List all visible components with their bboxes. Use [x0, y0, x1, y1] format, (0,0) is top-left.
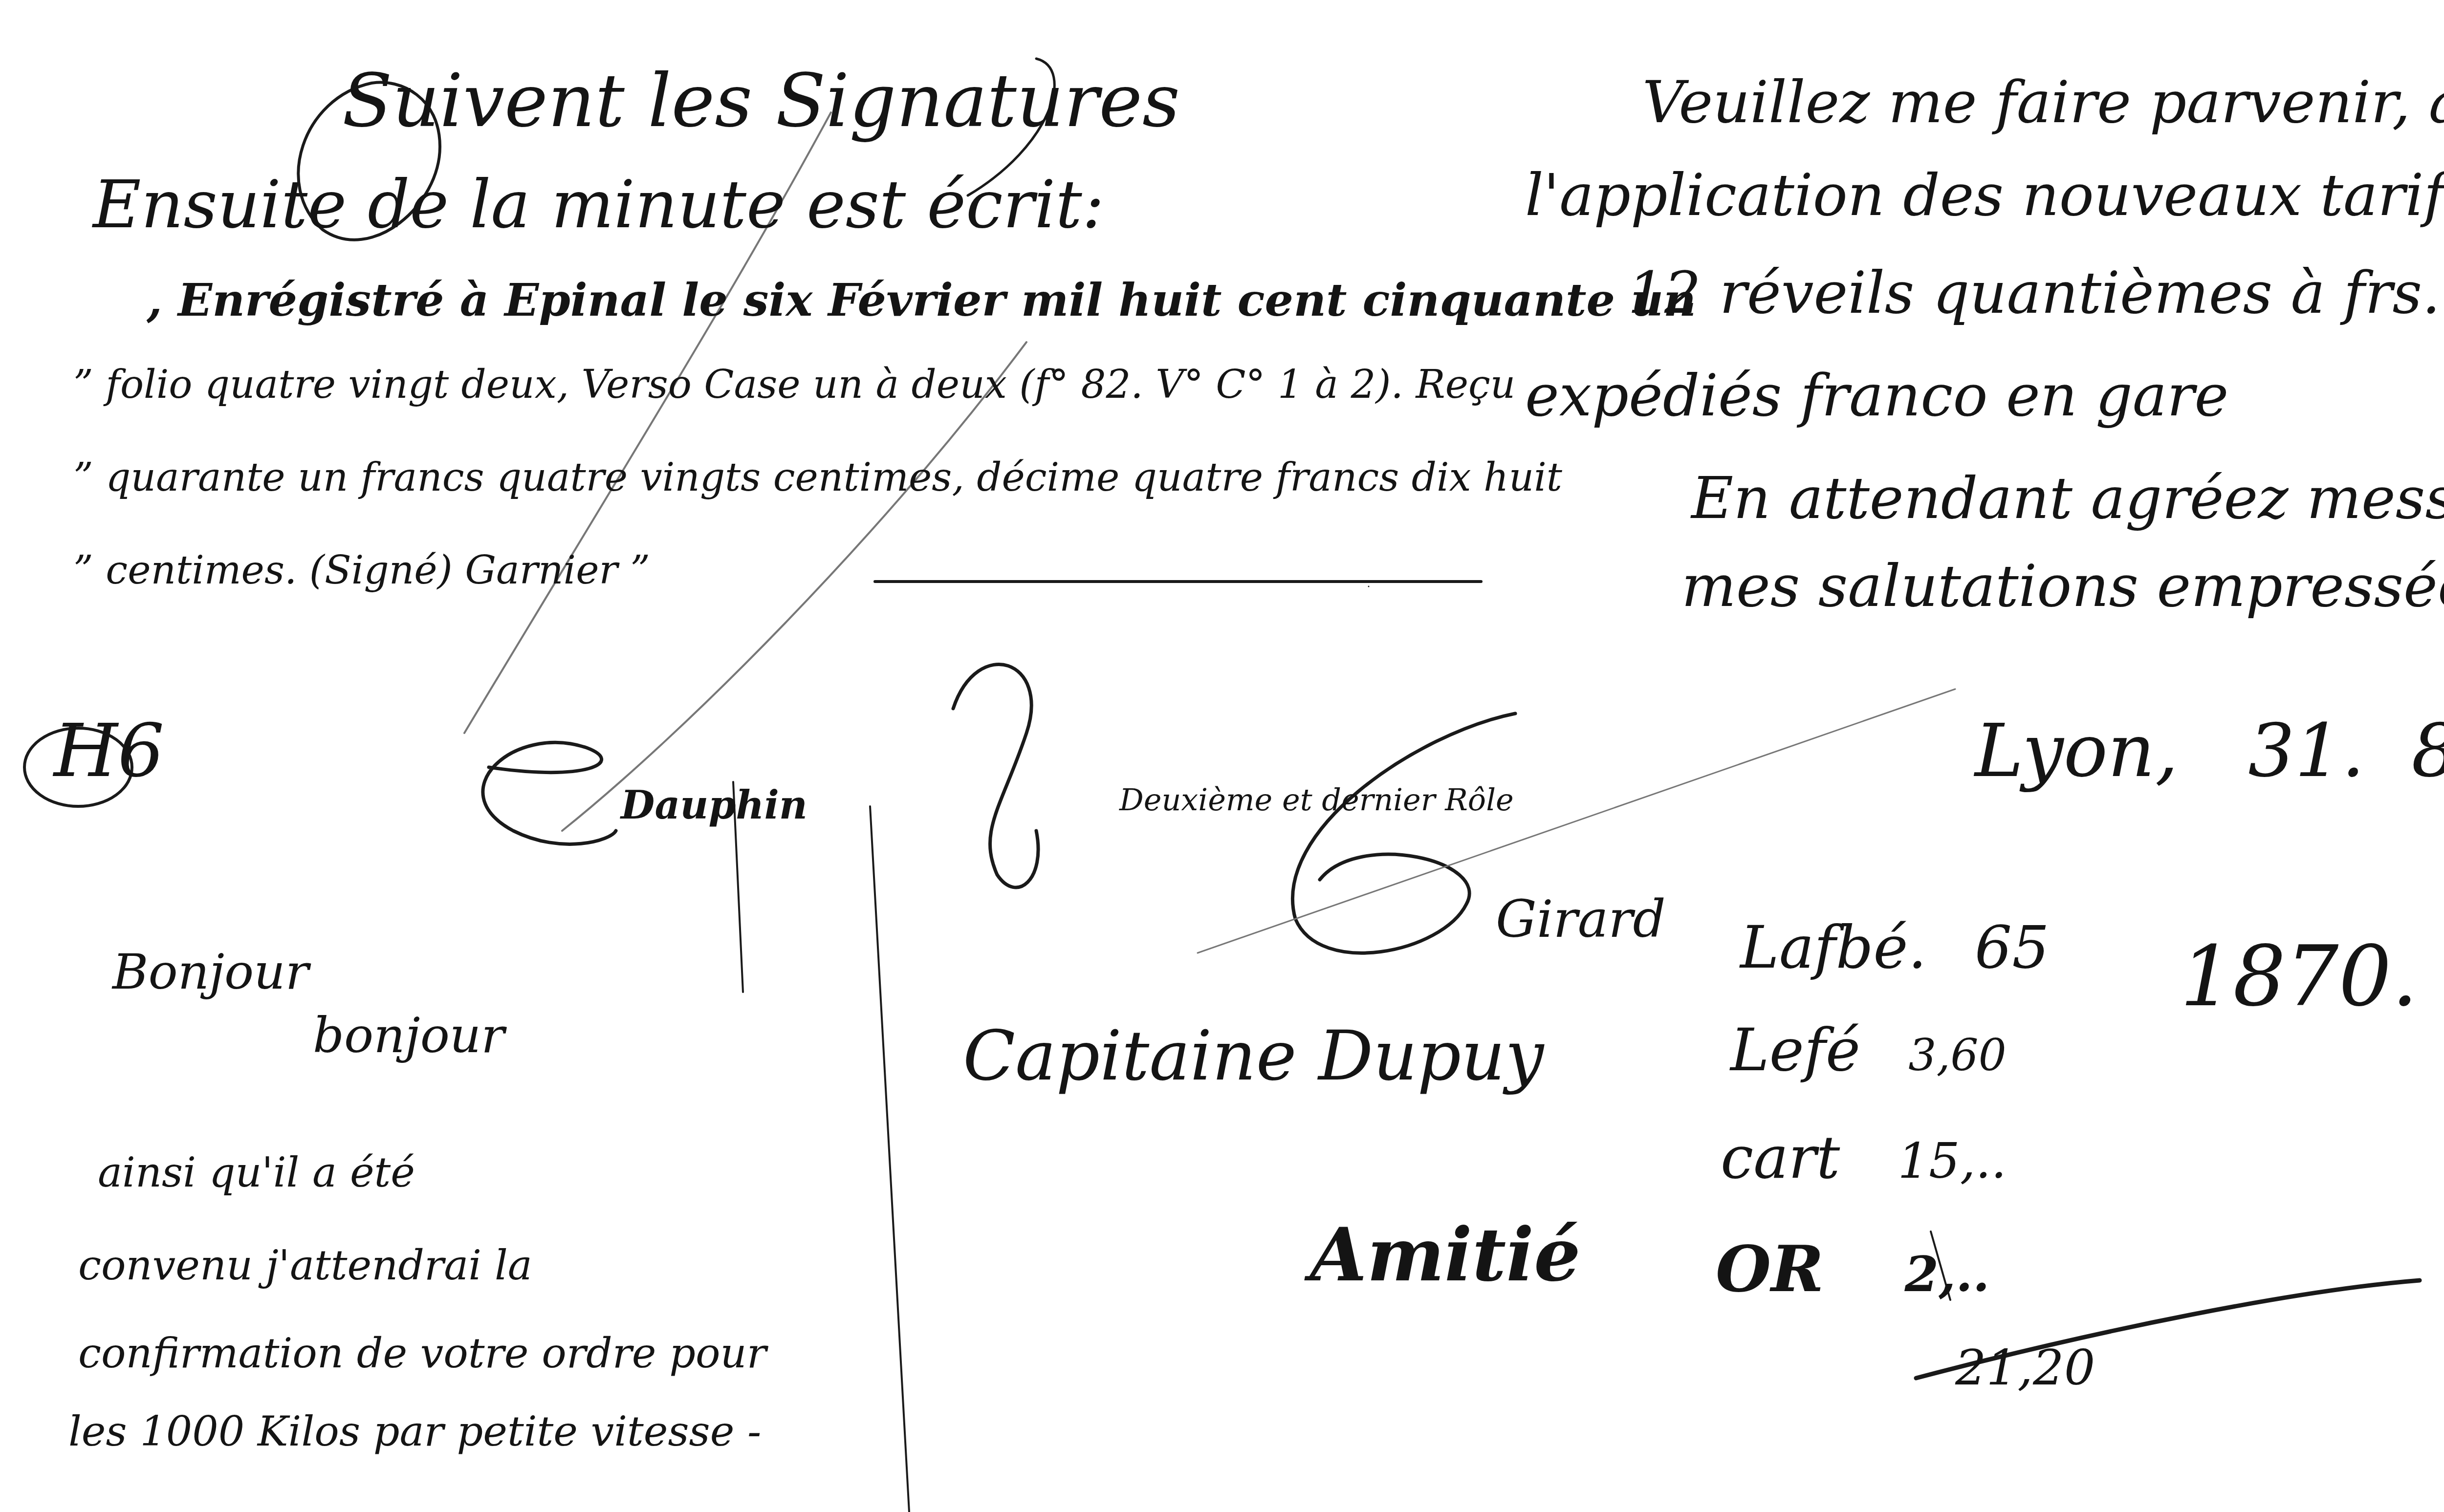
- signature-girard: Girard: [1496, 889, 1666, 949]
- letter-line-2: l'application des nouveaux tarifs:: [1525, 161, 2444, 229]
- signature-middle-note: Deuxième et dernier Rôle: [1119, 782, 1514, 818]
- greeting-1: Bonjour: [112, 943, 309, 1000]
- deed-line-3: ” quarante un francs quatre vingts centi…: [73, 454, 1562, 500]
- account-label: Lefé: [1730, 1016, 1860, 1084]
- letter-line-3: 12 réveils quantièmes à frs. 6,50: [1628, 259, 2444, 326]
- account-amount: 2,..: [1905, 1245, 1990, 1303]
- account-row-1: Lafbé. 65: [1740, 914, 2049, 982]
- shipping-line-2: convenu j'attendrai la: [78, 1241, 532, 1289]
- signature-capitaine: Capitaine Dupuy: [963, 1016, 1544, 1096]
- letter-line-4: expédiés franco en gare: [1525, 362, 2228, 429]
- deed-line-4: ” centimes. (Signé) Garnier ”: [73, 547, 650, 593]
- signature-amitie: Amitié: [1310, 1212, 1581, 1298]
- greeting-2: bonjour: [313, 1007, 504, 1064]
- signature-dauphin-left: Dauphin: [621, 782, 807, 828]
- letter-line-6: mes salutations empressées: [1681, 552, 2444, 620]
- shipping-line-1: ainsi qu'il a été: [98, 1148, 415, 1196]
- shipping-line-4: les 1000 Kilos par petite vitesse -: [68, 1407, 762, 1455]
- flourish-double-loop: [953, 664, 1038, 887]
- account-label: Lafbé.: [1740, 914, 1927, 982]
- deed-line-1: , Enrégistré à Epinal le six Février mil…: [147, 274, 1696, 326]
- date-day: 31.: [2248, 709, 2365, 794]
- account-row-3: cart 15,..: [1721, 1124, 2007, 1192]
- account-row-2: Lefé 3,60: [1730, 1016, 2007, 1084]
- shipping-line-3: confirmation de votre ordre pour: [78, 1329, 766, 1377]
- date-place: Lyon,: [1975, 709, 2178, 794]
- letter-dateline: Lyon, 31. 8bre 1891 B 59: [1975, 709, 2444, 794]
- account-amount: 65: [1975, 914, 2050, 982]
- letter-line-5: En attendant agréez messieurs: [1691, 464, 2444, 532]
- dauphin-left-paraph: [483, 742, 616, 844]
- account-amount: 15,..: [1898, 1132, 2007, 1189]
- deed-heading-line1: Suivent les Signatures: [342, 59, 1180, 144]
- account-total: 21,20: [1955, 1339, 2095, 1396]
- account-row-4: OR 2,..: [1716, 1231, 1990, 1306]
- deed-line-2: ” folio quatre vingt deux, Verso Case un…: [73, 362, 1515, 407]
- letter-line-1: Veuillez me faire parvenir, avant: [1642, 68, 2444, 136]
- account-amount: 3,60: [1908, 1030, 2006, 1081]
- date-month: 8: [2411, 709, 2444, 794]
- flourish-middle-paraph: [1292, 713, 1515, 953]
- account-label: cart: [1721, 1124, 1840, 1192]
- account-label: OR: [1716, 1231, 1824, 1306]
- monogram: H6: [54, 709, 164, 794]
- deed-heading-line2: Ensuite de la minute est écrit:: [93, 166, 1104, 243]
- account-year: 1870.: [2180, 929, 2418, 1025]
